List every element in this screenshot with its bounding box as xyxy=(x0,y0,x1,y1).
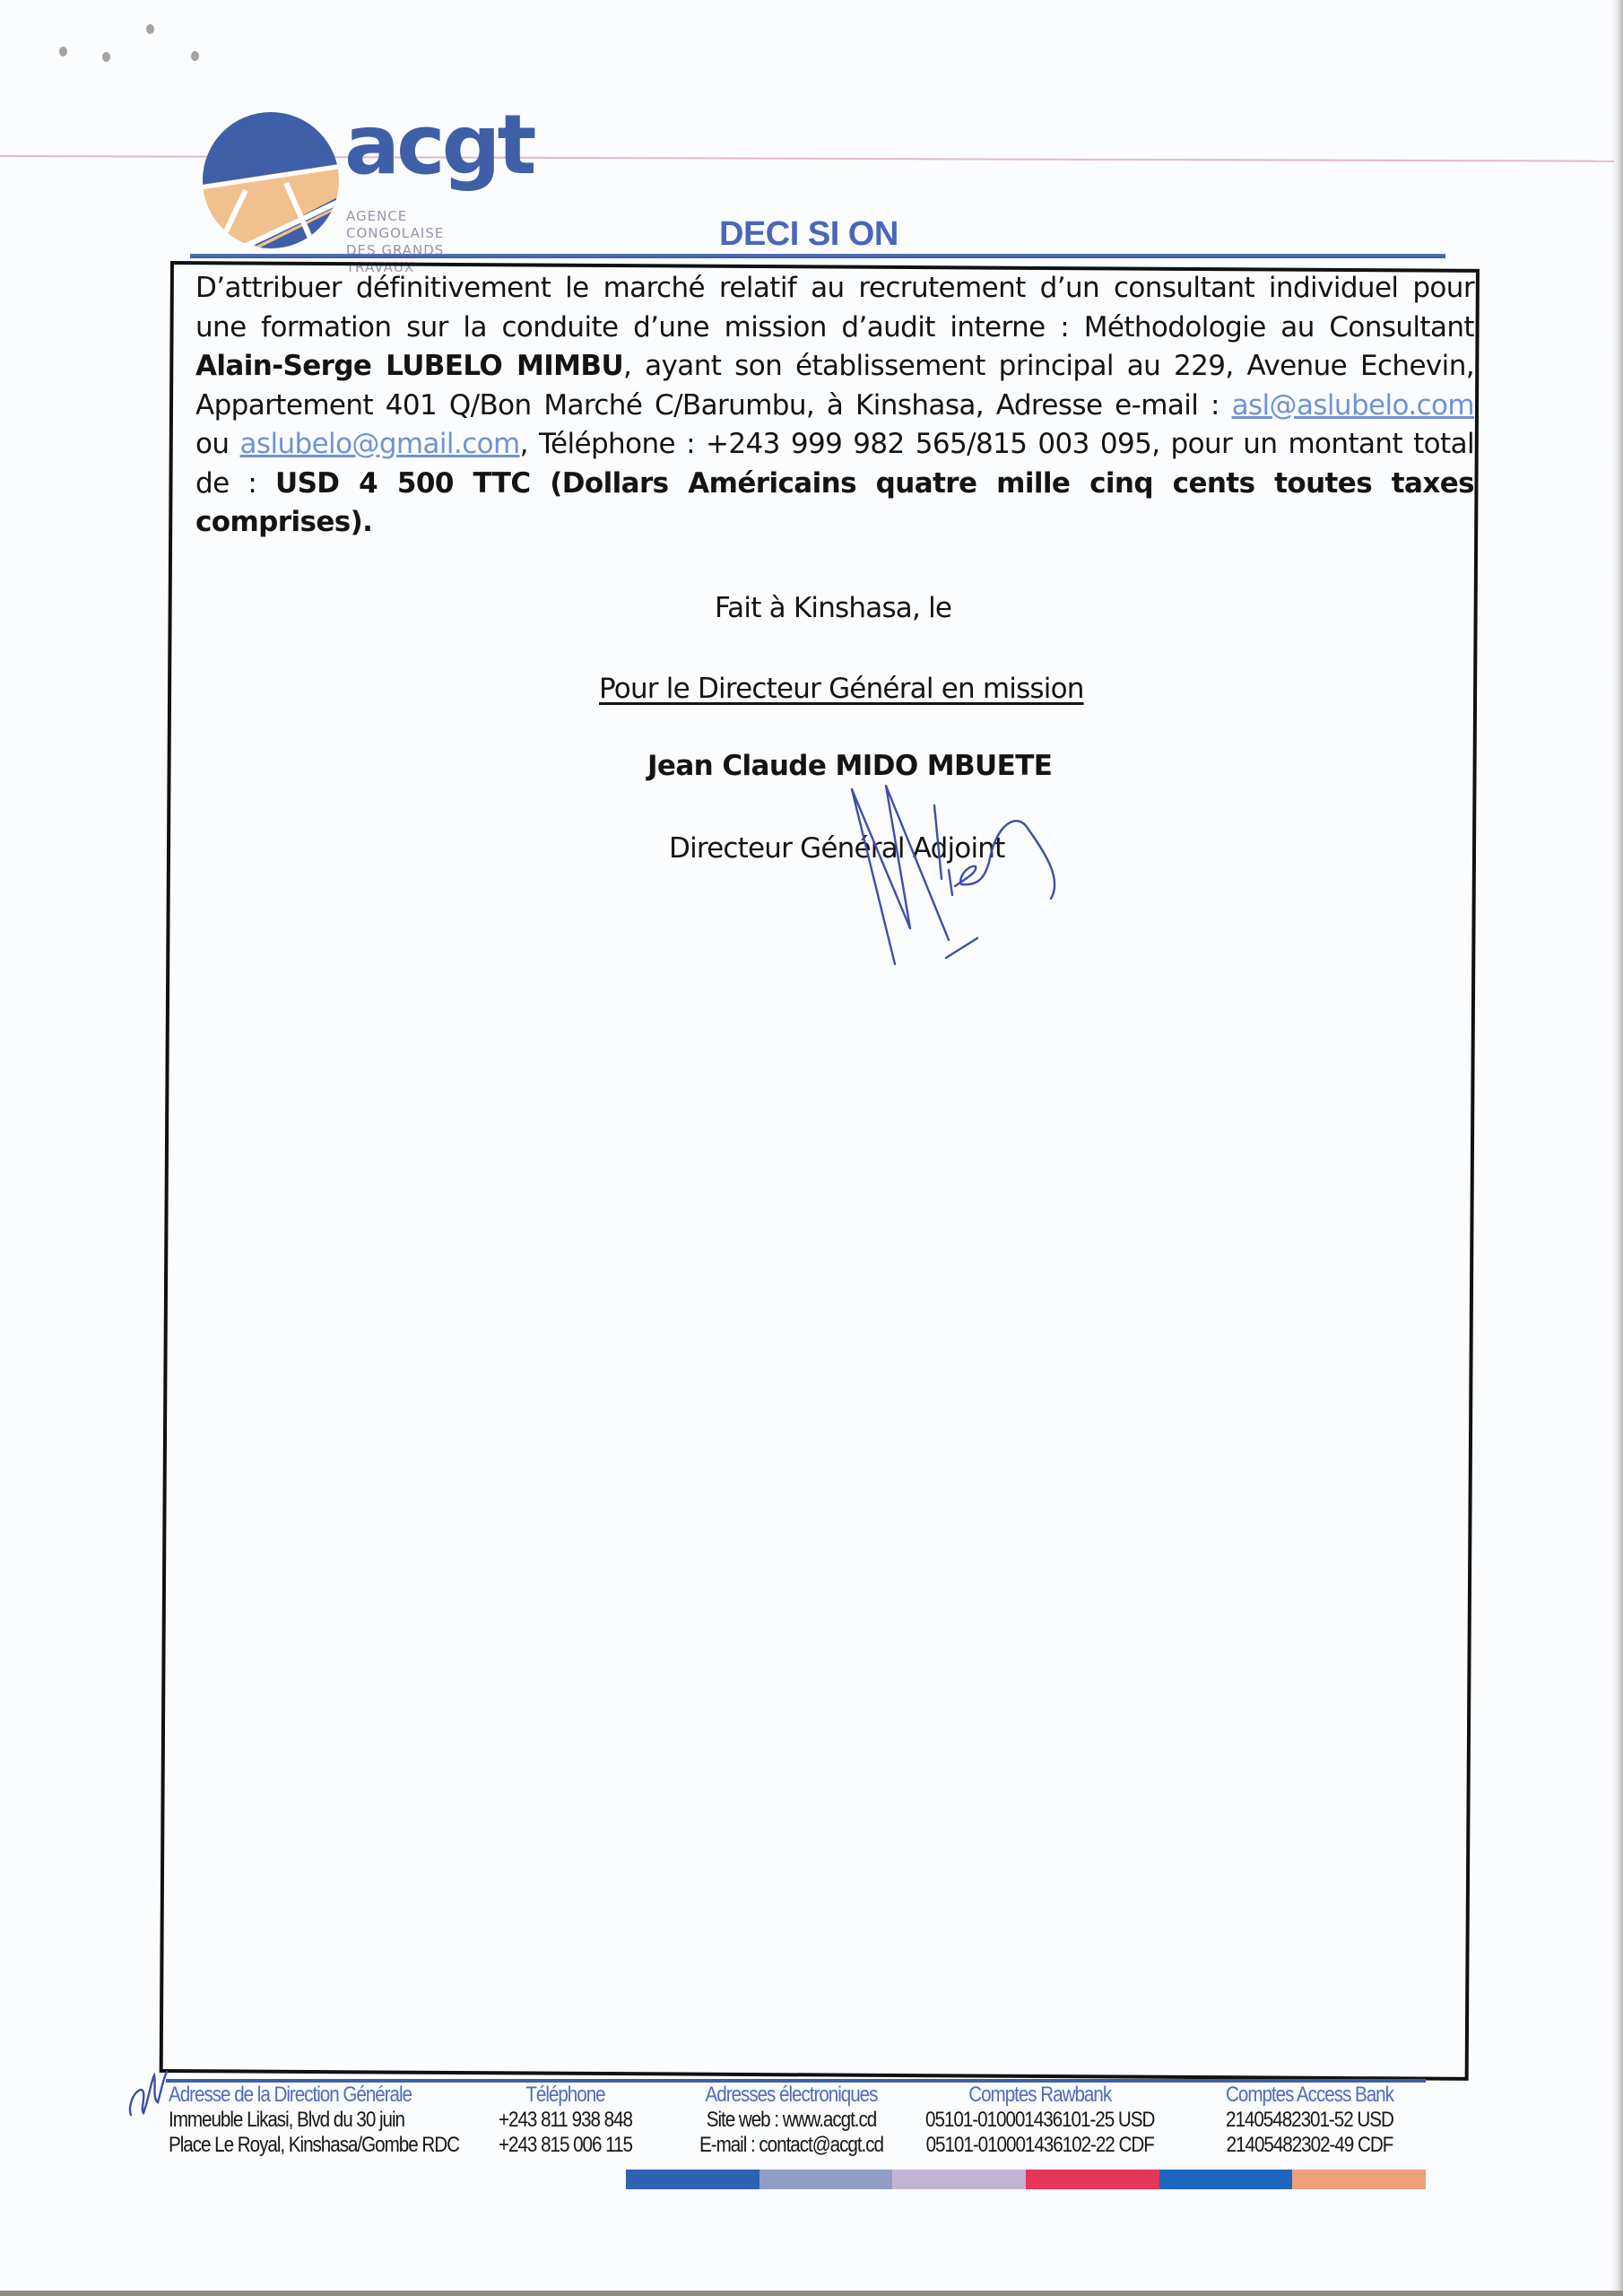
logo-globe-icon xyxy=(201,111,344,250)
handwritten-signature-icon xyxy=(843,780,1130,978)
email-link-1[interactable]: asl@aslubelo.com xyxy=(1232,389,1474,422)
footer-email[interactable]: E-mail : contact@acgt.cd xyxy=(699,2133,883,2158)
color-bar-segment xyxy=(1026,2170,1159,2189)
punch-hole-mark xyxy=(59,47,67,57)
document-title: DECI SI ON xyxy=(719,215,898,254)
punch-hole-mark xyxy=(102,52,110,62)
signatory-name: Jean Claude MIDO MBUETE xyxy=(647,750,1052,782)
color-bar-segment xyxy=(1292,2170,1426,2189)
acgt-logo: acgt AGENCE CONGOLAISE DES GRANDS TRAVAU… xyxy=(201,111,506,250)
place-date: Fait à Kinshasa, le xyxy=(715,592,951,624)
consultant-name: Alain-Serge LUBELO MIMBU xyxy=(195,350,623,382)
punch-hole-mark xyxy=(146,24,154,34)
color-bar-segment xyxy=(1159,2170,1293,2189)
decision-text: D’attribuer définitivement le marché rel… xyxy=(195,269,1474,543)
footer-address: Adresse de la Direction Générale Immeubl… xyxy=(169,2083,459,2158)
logo-wordmark: acgt xyxy=(344,104,533,187)
footer-phone: Téléphone +243 811 938 848 +243 815 006 … xyxy=(499,2083,632,2158)
color-bar-segment xyxy=(759,2170,893,2189)
scan-edge xyxy=(1610,0,1623,2296)
color-bar-segment xyxy=(892,2170,1026,2189)
footer-website[interactable]: Site web : www.acgt.cd xyxy=(699,2108,883,2133)
punch-hole-mark xyxy=(191,51,199,61)
initials-mark-icon xyxy=(126,2063,170,2126)
email-link-2[interactable]: aslubelo@gmail.com xyxy=(240,428,520,460)
footer-color-bar xyxy=(626,2170,1426,2189)
color-bar-segment xyxy=(626,2170,759,2189)
footer-rawbank: Comptes Rawbank 05101-010001436101-25 US… xyxy=(925,2083,1154,2158)
footer-access-bank: Comptes Access Bank 21405482301-52 USD 2… xyxy=(1226,2083,1393,2158)
contract-amount: USD 4 500 TTC (Dollars Américains quatre… xyxy=(195,467,1474,539)
scan-edge xyxy=(0,2291,1623,2296)
on-behalf-line: Pour le Directeur Général en mission xyxy=(599,673,1084,705)
title-divider xyxy=(190,254,1445,258)
footer-electronic: Adresses électroniques Site web : www.ac… xyxy=(699,2083,883,2158)
